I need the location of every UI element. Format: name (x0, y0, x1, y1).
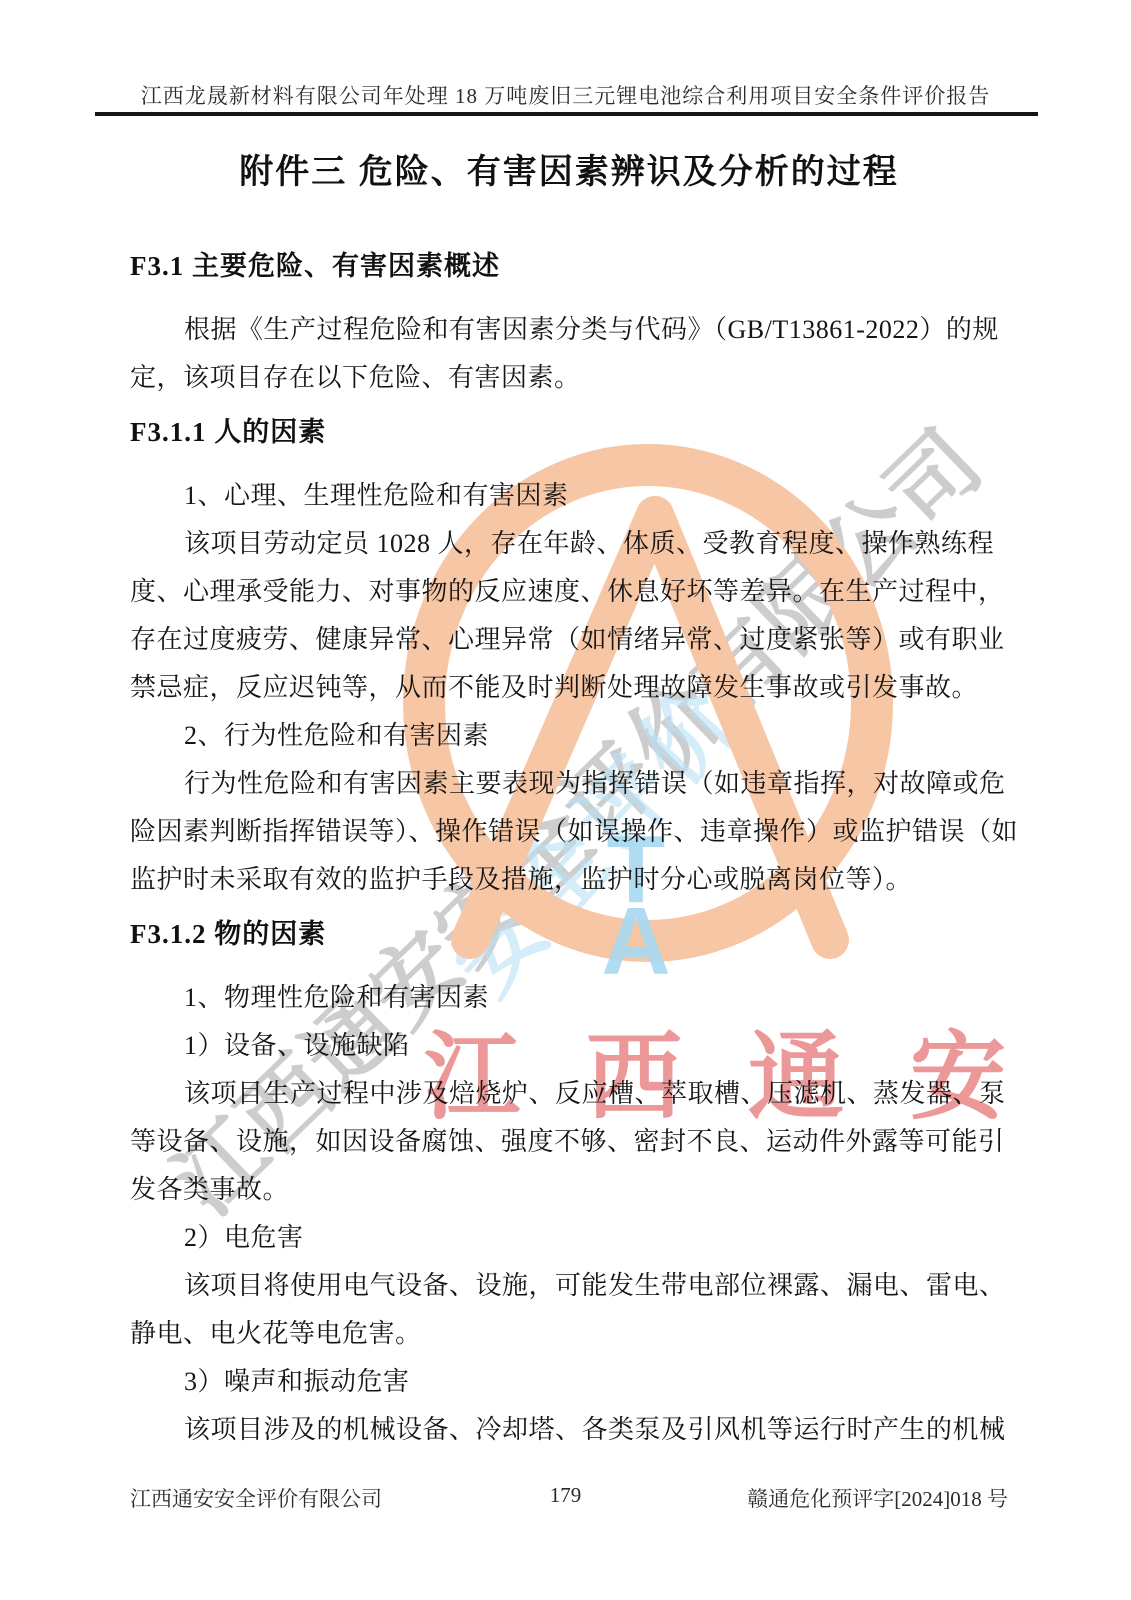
section-heading: F3.1 主要危险、有害因素概述 (130, 246, 1008, 286)
text-line: 禁忌症，反应迟钝等，从而不能及时判断处理故障发生事故或引发事故。 (130, 664, 1008, 712)
text-line: 发各类事故。 (130, 1166, 1008, 1214)
paragraph: 该项目劳动定员 1028 人，存在年龄、体质、受教育程度、操作熟练程度、心理承受… (130, 520, 1008, 712)
page-footer: 江西通安安全评价有限公司 179 赣通危化预评字[2024]018 号 (0, 1483, 1131, 1511)
text-line: 等设备、设施，如因设备腐蚀、强度不够、密封不良、运动件外露等可能引 (130, 1118, 1008, 1166)
text-line: 根据《生产过程危险和有害因素分类与代码》（GB/T13861-2022）的规 (130, 306, 1008, 354)
text-line: 静电、电火花等电危害。 (130, 1310, 1008, 1358)
paragraph: 2、行为性危险和有害因素 (130, 712, 1008, 760)
paragraph: 3）噪声和振动危害 (130, 1358, 1008, 1406)
document-title: 附件三 危险、有害因素辨识及分析的过程 (130, 150, 1008, 194)
paragraph: 1）设备、设施缺陷 (130, 1022, 1008, 1070)
page-header-title: 江西龙晟新材料有限公司年处理 18 万吨废旧三元锂电池综合利用项目安全条件评价报… (0, 80, 1131, 110)
paragraph: 根据《生产过程危险和有害因素分类与代码》（GB/T13861-2022）的规定，… (130, 306, 1008, 402)
text-line: 存在过度疲劳、健康异常、心理异常（如情绪异常、过度紧张等）或有职业 (130, 616, 1008, 664)
header-rule (95, 112, 1038, 116)
text-line: 监护时未采取有效的监护手段及措施，监护时分心或脱离岗位等）。 (130, 856, 1008, 904)
paragraph: 行为性危险和有害因素主要表现为指挥错误（如违章指挥，对故障或危险因素判断指挥错误… (130, 760, 1008, 904)
text-line: 该项目劳动定员 1028 人，存在年龄、体质、受教育程度、操作熟练程 (130, 520, 1008, 568)
text-line: 2）电危害 (130, 1214, 1008, 1262)
text-line: 该项目将使用电气设备、设施，可能发生带电部位裸露、漏电、雷电、 (130, 1262, 1008, 1310)
paragraph: 2）电危害 (130, 1214, 1008, 1262)
text-line: 该项目涉及的机械设备、冷却塔、各类泵及引风机等运行时产生的机械 (130, 1406, 1008, 1454)
footer-company-name: 江西通安安全评价有限公司 (130, 1483, 382, 1513)
text-line: 定，该项目存在以下危险、有害因素。 (130, 354, 1008, 402)
text-line: 行为性危险和有害因素主要表现为指挥错误（如违章指挥，对故障或危 (130, 760, 1008, 808)
text-line: 3）噪声和振动危害 (130, 1358, 1008, 1406)
footer-document-number: 赣通危化预评字[2024]018 号 (747, 1483, 1008, 1513)
text-line: 1、心理、生理性危险和有害因素 (130, 472, 1008, 520)
text-line: 1、物理性危险和有害因素 (130, 974, 1008, 1022)
document-body: 附件三 危险、有害因素辨识及分析的过程 F3.1 主要危险、有害因素概述根据《生… (130, 150, 1008, 1454)
text-line: 险因素判断指挥错误等）、操作错误（如误操作、违章操作）或监护错误（如 (130, 808, 1008, 856)
paragraph: 1、心理、生理性危险和有害因素 (130, 472, 1008, 520)
text-line: 该项目生产过程中涉及焙烧炉、反应槽、萃取槽、压滤机、蒸发器、泵 (130, 1070, 1008, 1118)
section-heading: F3.1.1 人的因素 (130, 412, 1008, 452)
footer-page-number: 179 (550, 1483, 582, 1508)
paragraph: 该项目涉及的机械设备、冷却塔、各类泵及引风机等运行时产生的机械 (130, 1406, 1008, 1454)
text-line: 度、心理承受能力、对事物的反应速度、休息好坏等差异。在生产过程中， (130, 568, 1008, 616)
section-heading: F3.1.2 物的因素 (130, 914, 1008, 954)
paragraph: 该项目生产过程中涉及焙烧炉、反应槽、萃取槽、压滤机、蒸发器、泵等设备、设施，如因… (130, 1070, 1008, 1214)
paragraph: 1、物理性危险和有害因素 (130, 974, 1008, 1022)
report-page: 江西通安安全评价有限公司 安全评价 TA 江西通安 江西龙晟新材料有限公司年处理… (0, 0, 1131, 1600)
paragraph: 该项目将使用电气设备、设施，可能发生带电部位裸露、漏电、雷电、静电、电火花等电危… (130, 1262, 1008, 1358)
text-line: 2、行为性危险和有害因素 (130, 712, 1008, 760)
text-line: 1）设备、设施缺陷 (130, 1022, 1008, 1070)
